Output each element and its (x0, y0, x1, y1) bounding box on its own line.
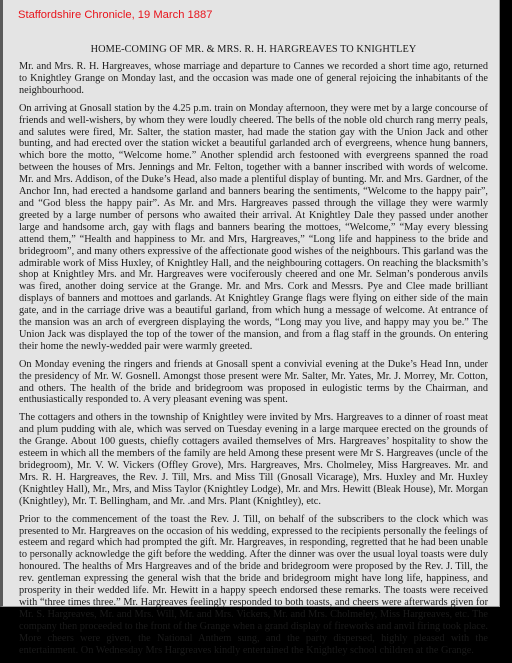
article-paragraph-1: Mr. and Mrs. R. H. Hargreaves, whose mar… (19, 61, 488, 97)
article-headline: HOME-COMING OF MR. & MRS. R. H. HARGREAV… (19, 44, 488, 56)
article-paragraph-4: The cottagers and others in the township… (19, 412, 488, 507)
article-panel: Staffordshire Chronicle, 19 March 1887 H… (0, 0, 500, 607)
article-paragraph-3: On Monday evening the ringers and friend… (19, 359, 488, 407)
article-paragraph-2: On arriving at Gnosall station by the 4.… (19, 103, 488, 353)
article-content: HOME-COMING OF MR. & MRS. R. H. HARGREAV… (19, 44, 488, 618)
source-label: Staffordshire Chronicle, 19 March 1887 (18, 9, 212, 21)
article-paragraph-5: Prior to the commencement of the toast t… (19, 514, 488, 618)
